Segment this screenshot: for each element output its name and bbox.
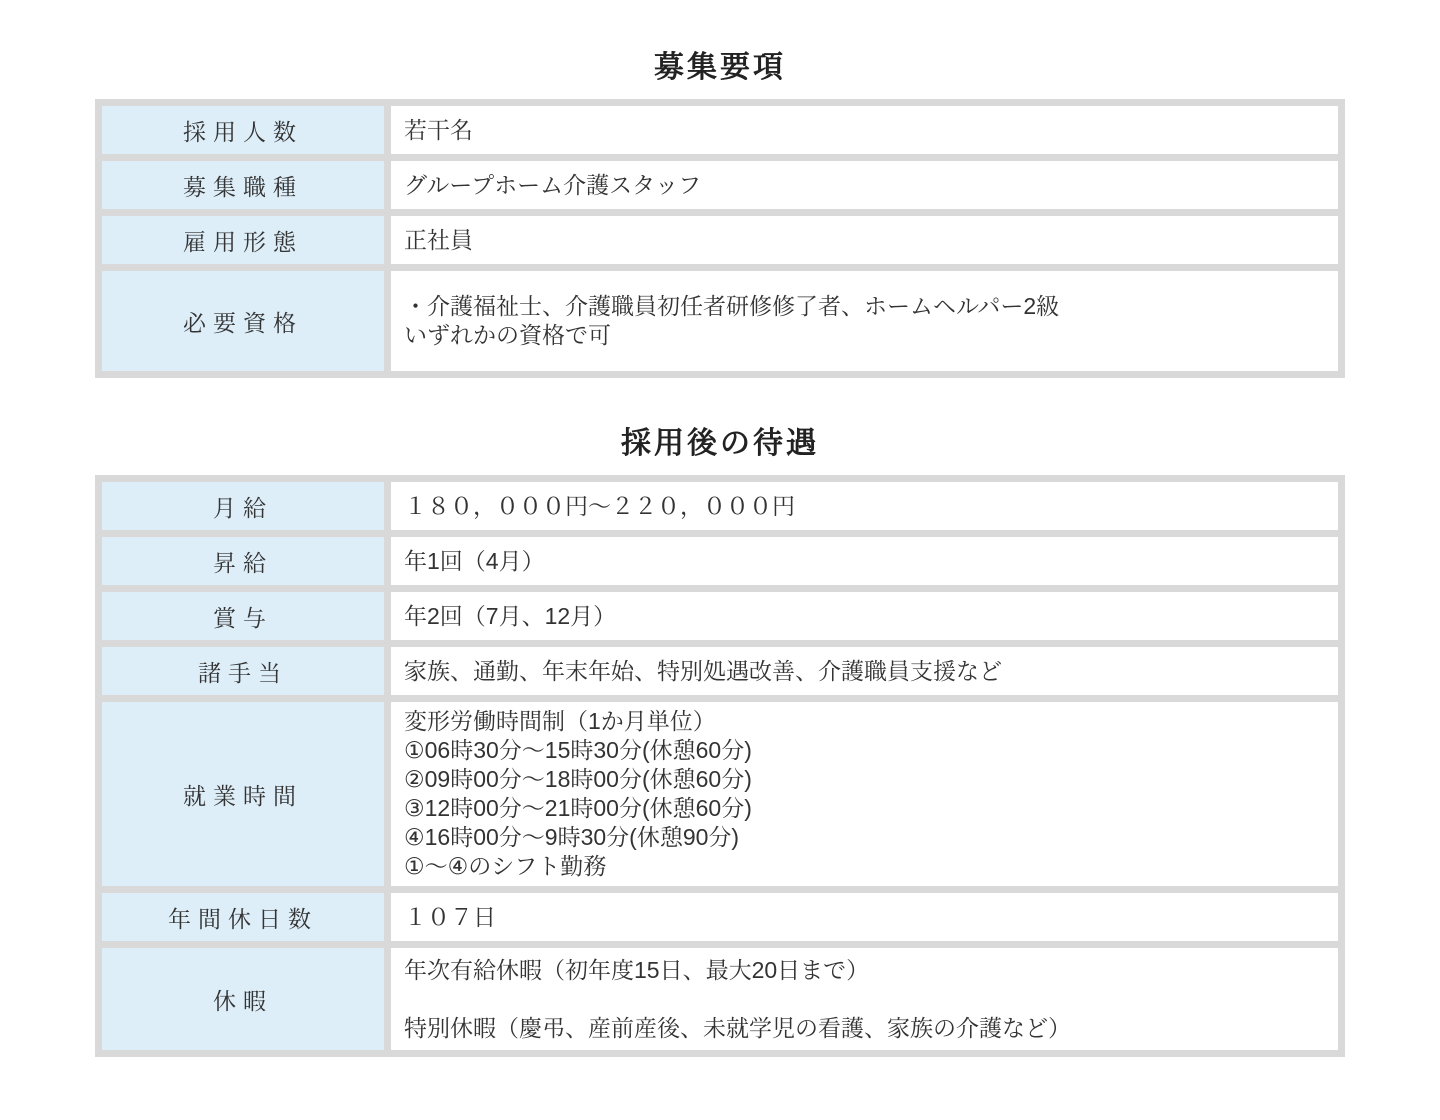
table-row: 採用人数若干名 [102, 106, 1338, 154]
value-line: 特別休暇（慶弔、産前産後、未就学児の看護、家族の介護など） [404, 1014, 1328, 1043]
info-table: 採用人数若干名募集職種グループホーム介護スタッフ雇用形態正社員必要資格・介護福祉… [95, 99, 1345, 378]
row-label: 募集職種 [102, 161, 384, 209]
recruitment-document: 募集要項採用人数若干名募集職種グループホーム介護スタッフ雇用形態正社員必要資格・… [95, 0, 1345, 1057]
table-row: 年間休日数１０７日 [102, 893, 1338, 941]
row-value: 家族、通勤、年末年始、特別処遇改善、介護職員支援など [391, 647, 1338, 695]
table-row: 賞与年2回（7月、12月） [102, 592, 1338, 640]
value-line: 若干名 [404, 116, 1328, 145]
value-line: 家族、通勤、年末年始、特別処遇改善、介護職員支援など [404, 657, 1328, 686]
value-line: グループホーム介護スタッフ [404, 171, 1328, 200]
row-value: ・介護福祉士、介護職員初任者研修修了者、ホームヘルパー2級いずれかの資格で可 [391, 271, 1338, 371]
section-title: 募集要項 [95, 42, 1345, 86]
value-line: ・介護福祉士、介護職員初任者研修修了者、ホームヘルパー2級 [404, 292, 1328, 321]
value-line: ④16時00分～9時30分(休憩90分) [404, 823, 1328, 852]
row-label: 昇給 [102, 537, 384, 585]
value-line: ①06時30分～15時30分(休憩60分) [404, 736, 1328, 765]
value-line: 年1回（4月） [404, 547, 1328, 576]
row-value: 変形労働時間制（1か月単位）①06時30分～15時30分(休憩60分)②09時0… [391, 702, 1338, 886]
row-label: 諸手当 [102, 647, 384, 695]
value-line: ②09時00分～18時00分(休憩60分) [404, 765, 1328, 794]
table-row: 就業時間変形労働時間制（1か月単位）①06時30分～15時30分(休憩60分)②… [102, 702, 1338, 886]
value-line: 正社員 [404, 226, 1328, 255]
value-line [404, 985, 1328, 1014]
table-row: 月給１８０，０００円～２２０，０００円 [102, 482, 1338, 530]
row-value: １０７日 [391, 893, 1338, 941]
value-line: いずれかの資格で可 [404, 321, 1328, 350]
table-row: 必要資格・介護福祉士、介護職員初任者研修修了者、ホームヘルパー2級いずれかの資格… [102, 271, 1338, 371]
section-title: 採用後の待遇 [95, 418, 1345, 462]
row-value: 年2回（7月、12月） [391, 592, 1338, 640]
value-line: ①～④のシフト勤務 [404, 852, 1328, 881]
value-line: 変形労働時間制（1か月単位） [404, 707, 1328, 736]
row-value: 年次有給休暇（初年度15日、最大20日まで）特別休暇（慶弔、産前産後、未就学児の… [391, 948, 1338, 1050]
section-0: 募集要項採用人数若干名募集職種グループホーム介護スタッフ雇用形態正社員必要資格・… [95, 42, 1345, 378]
row-value: １８０，０００円～２２０，０００円 [391, 482, 1338, 530]
table-row: 昇給年1回（4月） [102, 537, 1338, 585]
row-label: 雇用形態 [102, 216, 384, 264]
table-row: 諸手当家族、通勤、年末年始、特別処遇改善、介護職員支援など [102, 647, 1338, 695]
row-label: 月給 [102, 482, 384, 530]
row-value: グループホーム介護スタッフ [391, 161, 1338, 209]
row-label: 年間休日数 [102, 893, 384, 941]
row-label: 就業時間 [102, 702, 384, 886]
value-line: １０７日 [404, 903, 1328, 932]
value-line: 年次有給休暇（初年度15日、最大20日まで） [404, 956, 1328, 985]
row-label: 賞与 [102, 592, 384, 640]
row-label: 採用人数 [102, 106, 384, 154]
table-row: 雇用形態正社員 [102, 216, 1338, 264]
section-1: 採用後の待遇月給１８０，０００円～２２０，０００円昇給年1回（4月）賞与年2回（… [95, 418, 1345, 1057]
info-table: 月給１８０，０００円～２２０，０００円昇給年1回（4月）賞与年2回（7月、12月… [95, 475, 1345, 1057]
value-line: 年2回（7月、12月） [404, 602, 1328, 631]
row-label: 必要資格 [102, 271, 384, 371]
row-value: 年1回（4月） [391, 537, 1338, 585]
row-label: 休暇 [102, 948, 384, 1050]
row-value: 若干名 [391, 106, 1338, 154]
table-row: 募集職種グループホーム介護スタッフ [102, 161, 1338, 209]
table-row: 休暇年次有給休暇（初年度15日、最大20日まで）特別休暇（慶弔、産前産後、未就学… [102, 948, 1338, 1050]
value-line: ③12時00分～21時00分(休憩60分) [404, 794, 1328, 823]
value-line: １８０，０００円～２２０，０００円 [404, 492, 1328, 521]
row-value: 正社員 [391, 216, 1338, 264]
